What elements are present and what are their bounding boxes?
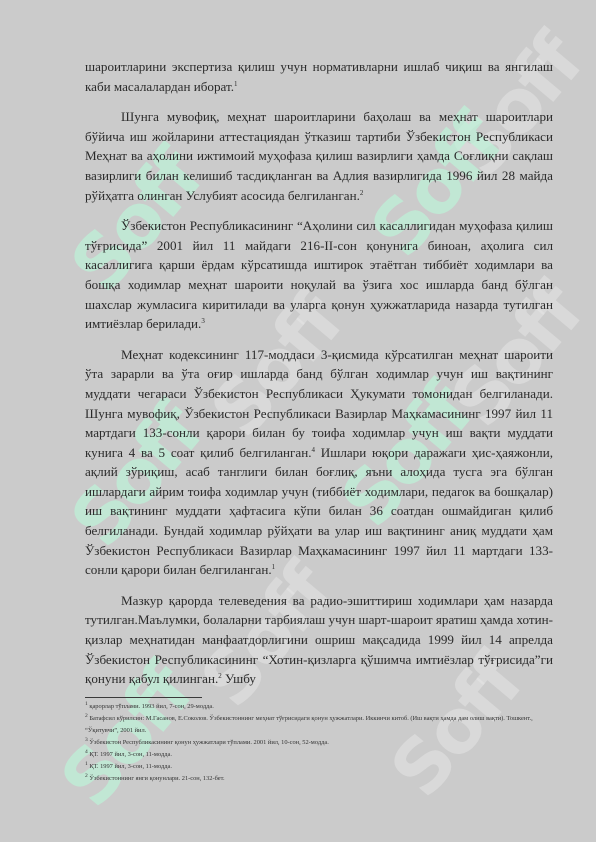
paragraph-text: Меҳнат кодексининг 117-моддаси 3-қисмида…: [85, 347, 553, 460]
paragraph-text: Ўзбекистон Республикасининг “Аҳолини сил…: [85, 218, 553, 331]
paragraph-text: Ишлари юқори даражаги ҳис-ҳаяжонли, ақли…: [85, 445, 553, 578]
paragraph: Меҳнат кодексининг 117-моддаси 3-қисмида…: [85, 345, 553, 580]
paragraph: Шунга мувофиқ, меҳнат шароитларини баҳол…: [85, 107, 553, 205]
footnote-reference[interactable]: 1: [234, 80, 238, 88]
paragraph-text: Шунга мувофиқ, меҳнат шароитларини баҳол…: [85, 109, 553, 202]
footnotes: 1 қарорлар тўплами. 1993 йил, 7-сон, 29-…: [85, 701, 553, 785]
footnote-text: Батафсил кўрилсин: М.Гасанов, Е.Соколов.…: [85, 715, 533, 734]
footnote-reference[interactable]: 3: [201, 317, 205, 325]
footnote: 1 ҚТ. 1997 йил, 3-сон, 11-модда.: [85, 761, 553, 773]
footnote-number: 1: [85, 701, 88, 707]
paragraph-text: шароитларини экспертиза қилиш учун норма…: [85, 59, 553, 94]
footnote: 2 Ўзбекистоннинг янги қонунлари. 21-сон,…: [85, 773, 553, 785]
paragraph-text: Мазкур қарорда телеведения ва радио-эшит…: [85, 593, 553, 686]
footnote-number: 3: [85, 737, 88, 743]
footnote-number: 4: [85, 749, 88, 755]
footnote-text: Ўзбекистон Республикасининг қонун ҳужжат…: [89, 739, 328, 746]
footnote: 3 Ўзбекистон Республикасининг қонун ҳужж…: [85, 737, 553, 749]
footnote-text: қарорлар тўплами. 1993 йил, 7-сон, 29-мо…: [89, 703, 213, 710]
footnote: 2 Батафсил кўрилсин: М.Гасанов, Е.Соколо…: [85, 713, 553, 737]
paragraph-continuation: шароитларини экспертиза қилиш учун норма…: [85, 57, 553, 96]
footnote-text: Ўзбекистоннинг янги қонунлари. 21-сон, 1…: [89, 775, 224, 782]
document-body: шароитларини экспертиза қилиш учун норма…: [85, 57, 553, 689]
footnote-number: 2: [85, 773, 88, 779]
paragraph-text: Ушбу: [222, 671, 256, 686]
footnote-text: ҚТ. 1997 йил, 3-сон, 11-модда.: [89, 751, 172, 758]
footnote-reference[interactable]: 1: [272, 563, 276, 571]
footnote: 4 ҚТ. 1997 йил, 3-сон, 11-модда.: [85, 749, 553, 761]
paragraph: Ўзбекистон Республикасининг “Аҳолини сил…: [85, 216, 553, 334]
footnote-reference[interactable]: 2: [360, 189, 364, 197]
paragraph: Мазкур қарорда телеведения ва радио-эшит…: [85, 591, 553, 689]
footnote-separator: [85, 697, 202, 698]
footnote-text: ҚТ. 1997 йил, 3-сон, 11-модда.: [89, 763, 172, 770]
footnote-number: 1: [85, 761, 88, 767]
footnote: 1 қарорлар тўплами. 1993 йил, 7-сон, 29-…: [85, 701, 553, 713]
footnote-number: 2: [85, 713, 88, 719]
